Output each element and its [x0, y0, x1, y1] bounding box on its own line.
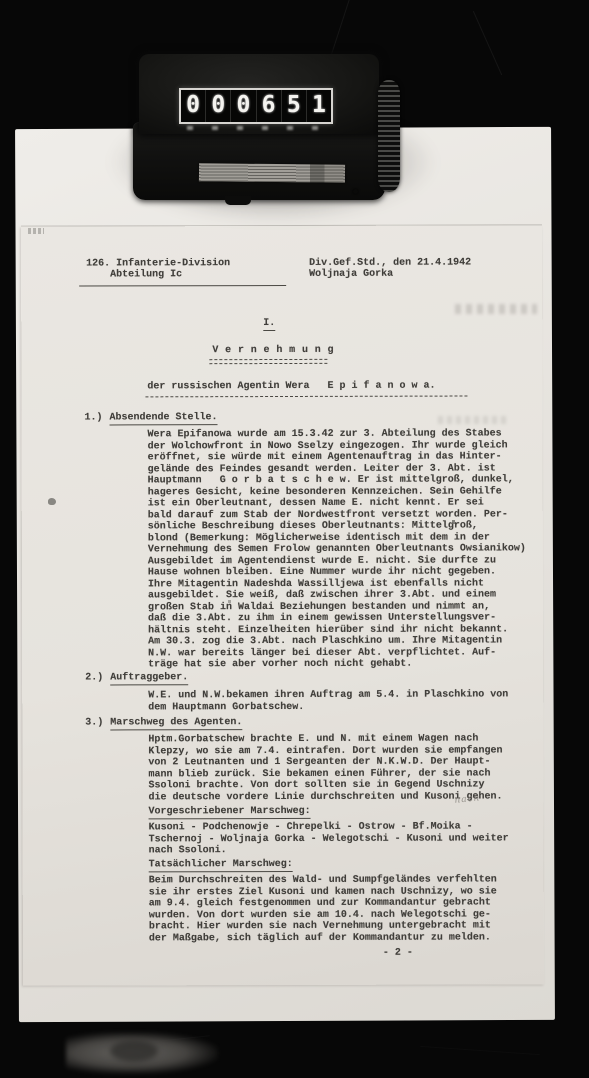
counter-digit: 0	[181, 90, 206, 122]
counter-screw	[353, 189, 358, 194]
counter-digit: 1	[307, 90, 331, 122]
counter-digit: 0	[206, 90, 231, 122]
microfilm-frame: 126. Infanterie-Division Abteilung Ic Di…	[0, 0, 589, 1078]
section-3-heading: Marschweg des Agenten.	[110, 717, 242, 729]
page-number: - 2 -	[383, 948, 413, 960]
subject-underline	[145, 396, 467, 398]
frame-counter-device: 0 0 0 6 5 1	[133, 54, 401, 202]
section-1-heading-text: Absendende Stelle.	[109, 412, 217, 425]
section-3-body: Hptm.Gorbatschew brachte E. und N. mit e…	[148, 733, 502, 803]
paper-speck	[28, 228, 44, 234]
film-scratch	[473, 11, 502, 75]
document-title: V e r n e h m u n g	[212, 345, 334, 357]
film-artifact	[110, 1040, 158, 1062]
counter-knob	[378, 80, 400, 192]
actual-route-body: Beim Durchschreiten des Wald- und Sumpfg…	[149, 874, 497, 944]
section-2-heading: Auftraggeber.	[110, 672, 188, 684]
section-1-body: Wera Epifanowa wurde am 15.3.42 zur 3. A…	[148, 428, 527, 670]
paper-smudge	[48, 498, 56, 505]
prescribed-route-heading-text: Vorgeschriebener Marschweg:	[149, 806, 311, 819]
handwritten-insertion: nach	[454, 794, 481, 806]
section-3-heading-text: Marschweg des Agenten.	[110, 717, 242, 730]
counter-digit: 5	[282, 90, 307, 122]
document-page: 126. Infanterie-Division Abteilung Ic Di…	[21, 225, 544, 985]
title-underline	[209, 359, 327, 364]
section-2-number: 2.)	[85, 672, 103, 684]
section-numeral-text: I.	[263, 318, 275, 331]
header-underline	[79, 285, 286, 287]
section-3-number: 3.)	[85, 717, 103, 729]
counter-digit: 0	[231, 90, 256, 122]
unit-designation: 126. Infanterie-Division	[86, 258, 230, 270]
paper-speck	[452, 520, 455, 524]
section-1-number: 1.)	[84, 412, 102, 424]
unit-department: Abteilung Ic	[110, 269, 182, 281]
counter-nameplate	[199, 163, 345, 183]
faint-impression	[455, 304, 537, 314]
section-numeral: I.	[249, 318, 289, 330]
counter-digit-window: 0 0 0 6 5 1	[181, 90, 331, 122]
counter-foot	[225, 196, 251, 205]
section-1-heading: Absendende Stelle.	[109, 412, 217, 424]
counter-digit: 6	[257, 90, 282, 122]
section-2-heading-text: Auftraggeber.	[110, 672, 188, 685]
actual-route-heading-text: Tatsächlicher Marschweg:	[149, 859, 293, 872]
section-2-body: W.E. und N.W.bekamen ihren Auftrag am 5.…	[148, 689, 508, 713]
location: Woljnaja Gorka	[309, 269, 393, 281]
faint-impression	[438, 416, 510, 424]
command-post-date: Div.Gef.Std., den 21.4.1942	[309, 258, 471, 270]
film-scratch	[420, 1046, 540, 1055]
paper-speck	[228, 600, 231, 603]
prescribed-route-body: Kusoni - Podchenowje - Chrepelki - Ostro…	[149, 821, 509, 856]
prescribed-route-heading: Vorgeschriebener Marschweg:	[149, 806, 311, 818]
actual-route-heading: Tatsächlicher Marschweg:	[149, 859, 293, 871]
document-subject: der russischen Agentin Wera E p i f a n …	[147, 381, 435, 393]
